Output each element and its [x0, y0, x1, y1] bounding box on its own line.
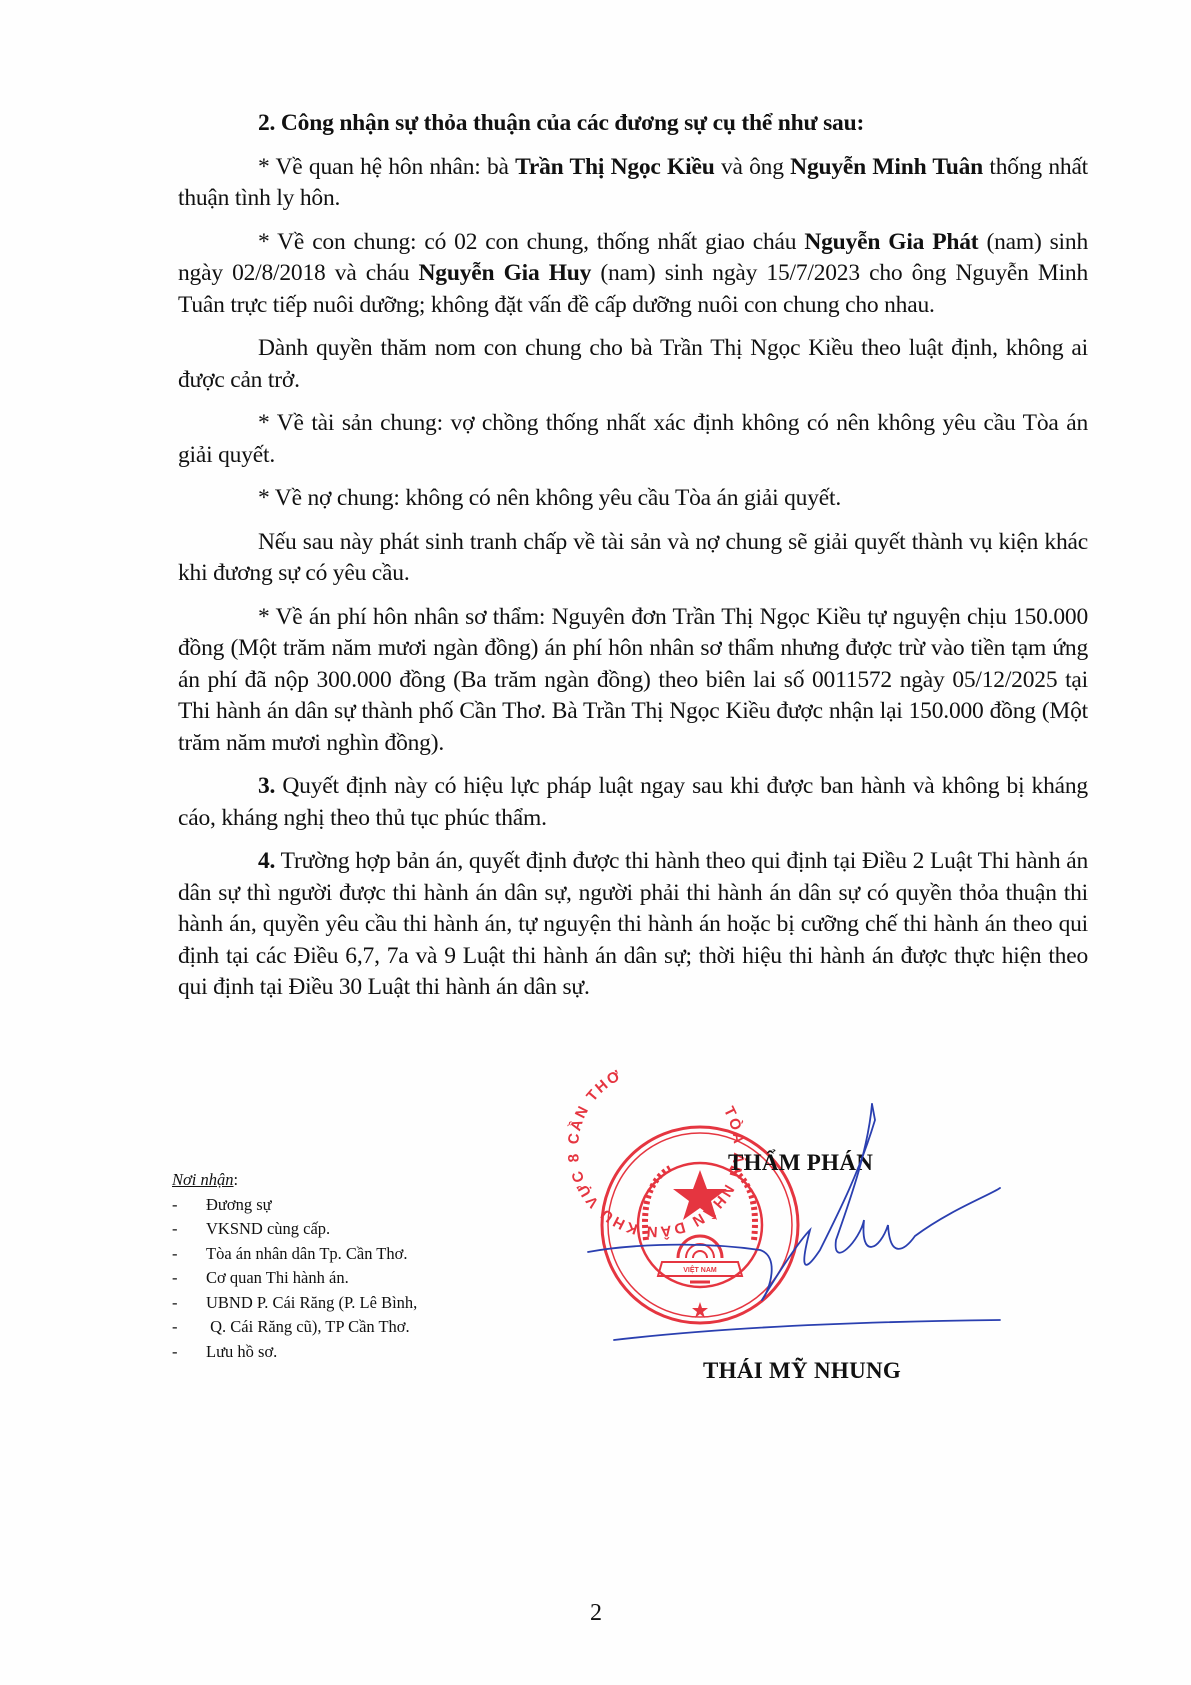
section-2-heading: 2. Công nhận sự thỏa thuận của các đương… — [178, 108, 1088, 140]
recipient-item: -Tòa án nhân dân Tp. Cần Thơ. — [172, 1242, 417, 1267]
signer-name: THÁI MỸ NHUNG — [703, 1358, 901, 1384]
recipient-item: -Đương sự — [172, 1193, 417, 1218]
marriage-clause: * Về quan hệ hôn nhân: bà Trần Thị Ngọc … — [178, 152, 1088, 215]
wife-name: Trần Thị Ngọc Kiều — [515, 154, 714, 180]
page-number: 2 — [590, 1600, 602, 1627]
court-fee-clause: * Về án phí hôn nhân sơ thẩm: Nguyên đơn… — [178, 602, 1088, 760]
recipient-item: -Cơ quan Thi hành án. — [172, 1266, 417, 1291]
recipients-list: Nơi nhận: -Đương sự-VKSND cùng cấp.-Tòa … — [172, 1168, 417, 1364]
recipient-bullet: - — [172, 1291, 206, 1316]
section-4: 4. Trường hợp bản án, quyết định được th… — [178, 846, 1088, 1004]
recipient-label: Tòa án nhân dân Tp. Cần Thơ. — [206, 1242, 408, 1267]
recipient-label: VKSND cùng cấp. — [206, 1217, 330, 1242]
recipient-item: -UBND P. Cái Răng (P. Lê Bình, — [172, 1291, 417, 1316]
debt-clause: * Về nợ chung: không có nên không yêu cầ… — [178, 483, 1088, 515]
svg-text:VIỆT NAM: VIỆT NAM — [683, 1265, 717, 1274]
recipient-item: -VKSND cùng cấp. — [172, 1217, 417, 1242]
recipient-label: UBND P. Cái Răng (P. Lê Bình, — [206, 1291, 417, 1316]
decision-body: 2. Công nhận sự thỏa thuận của các đương… — [178, 108, 1088, 1004]
recipient-label: Lưu hồ sơ. — [206, 1340, 277, 1365]
recipient-bullet: - — [172, 1315, 206, 1340]
recipient-bullet: - — [172, 1217, 206, 1242]
property-clause: * Về tài sản chung: vợ chồng thống nhất … — [178, 408, 1088, 471]
husband-name: Nguyễn Minh Tuân — [790, 154, 983, 180]
section-3: 3. Quyết định này có hiệu lực pháp luật … — [178, 771, 1088, 834]
recipients-heading: Nơi nhận — [172, 1170, 234, 1189]
child-2-name: Nguyễn Gia Huy — [419, 260, 592, 286]
recipient-label: Cơ quan Thi hành án. — [206, 1266, 349, 1291]
recipient-bullet: - — [172, 1340, 206, 1365]
recipient-label: Q. Cái Răng cũ), TP Cần Thơ. — [206, 1315, 410, 1340]
recipient-label: Đương sự — [206, 1193, 272, 1218]
document-page: 2. Công nhận sự thỏa thuận của các đương… — [0, 0, 1191, 1685]
children-clause: * Về con chung: có 02 con chung, thống n… — [178, 227, 1088, 322]
svg-text:TÒA ÁN NHÂN DÂN KHU VỰC 8 CẦN: TÒA ÁN NHÂN DÂN KHU VỰC 8 CẦN THƠ — [565, 1066, 747, 1241]
signer-title: THẨM PHÁN — [728, 1150, 873, 1176]
recipient-item: - Q. Cái Răng cũ), TP Cần Thơ. — [172, 1315, 417, 1340]
future-dispute-clause: Nếu sau này phát sinh tranh chấp về tài … — [178, 527, 1088, 590]
recipient-bullet: - — [172, 1242, 206, 1267]
recipient-item: -Lưu hồ sơ. — [172, 1340, 417, 1365]
recipient-bullet: - — [172, 1266, 206, 1291]
recipient-bullet: - — [172, 1193, 206, 1218]
visitation-clause: Dành quyền thăm nom con chung cho bà Trầ… — [178, 333, 1088, 396]
child-1-name: Nguyễn Gia Phát — [804, 229, 978, 255]
